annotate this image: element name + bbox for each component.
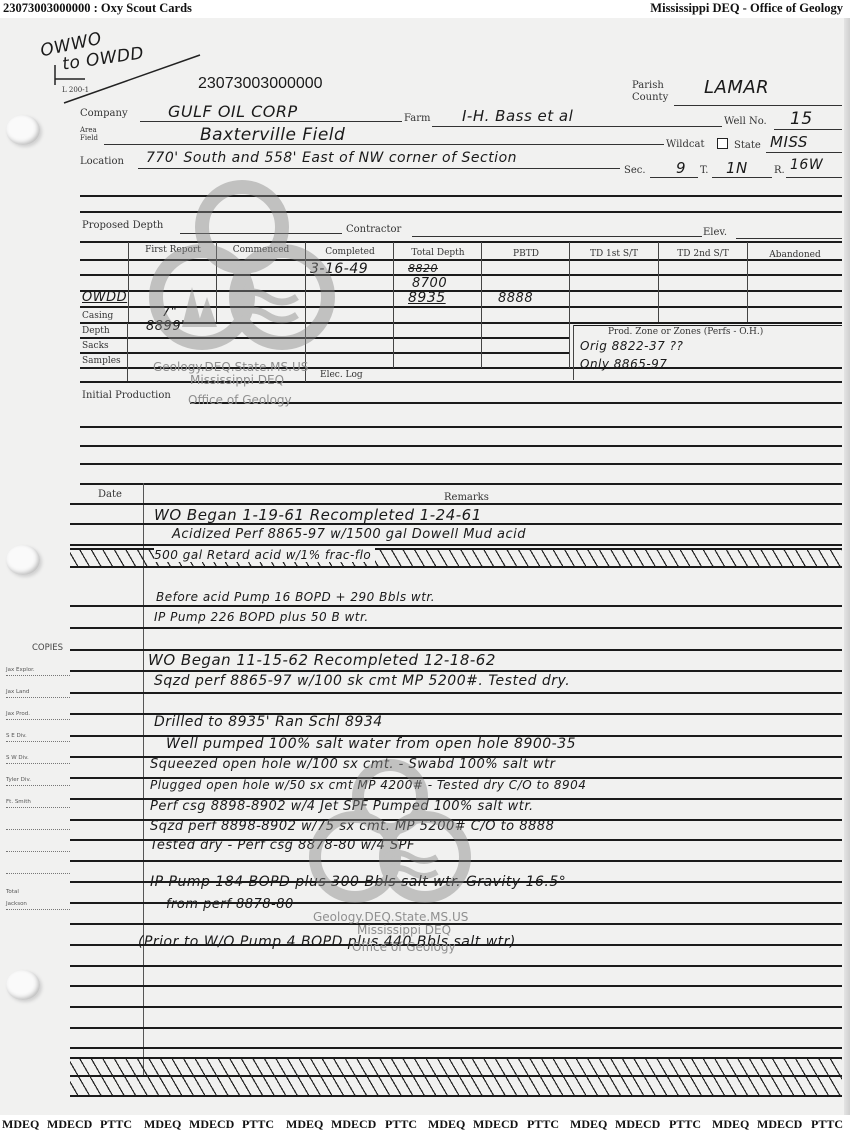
- company-underline: [140, 121, 402, 122]
- t-underline: [712, 177, 772, 178]
- footer-label: MDEQ: [2, 1117, 39, 1132]
- depth-value: 8899': [146, 319, 185, 334]
- remark-line: Well pumped 100% salt water from open ho…: [166, 736, 576, 752]
- elec-log-label: Elec. Log: [320, 370, 363, 380]
- copies-item: [6, 821, 70, 830]
- footer-label: MDEQ: [570, 1117, 607, 1132]
- total-depth-value-2: 8935: [408, 290, 446, 306]
- footer-label: PTTC: [811, 1117, 843, 1132]
- footer-label: MDECD: [473, 1117, 518, 1132]
- remark-line: from perf 8878-80: [166, 897, 294, 912]
- remark-line: Plugged open hole w/50 sx cmt MP 4200# -…: [150, 778, 586, 792]
- copies-title: COPIES: [32, 643, 63, 653]
- form-number: L 200-1: [62, 86, 89, 94]
- rule-line: [80, 445, 842, 447]
- col-total-depth: Total Depth: [394, 248, 482, 258]
- footer-label: MDECD: [189, 1117, 234, 1132]
- remark-line: IP Pump 226 BOPD plus 50 B wtr.: [154, 610, 369, 624]
- depth-label: Depth: [82, 326, 110, 336]
- rule-line: [80, 211, 842, 213]
- col-td-1st: TD 1st S/T: [570, 249, 658, 259]
- samples-label: Samples: [82, 356, 121, 366]
- rule-line: [80, 426, 842, 428]
- county-label: County: [632, 92, 668, 103]
- elev-label: Elev.: [703, 227, 727, 238]
- rule-line: [80, 483, 842, 485]
- remark-line: (Prior to W/O Pump 4 BOPD plus 440 Bbls …: [138, 934, 516, 950]
- r-label: R.: [774, 165, 785, 176]
- copies-item: Ft. Smith: [6, 799, 70, 808]
- farm-value: I-H. Bass et al: [462, 107, 573, 125]
- remark-line: Squeezed open hole w/100 sx cmt. - Swabd…: [150, 757, 555, 772]
- rule-line: [190, 402, 842, 404]
- footer-label: PTTC: [669, 1117, 701, 1132]
- watermark-line-3: Office of Geology: [188, 393, 292, 407]
- col-abandoned: Abandoned: [748, 250, 842, 260]
- document-title: 23073003000000 : Oxy Scout Cards: [3, 1, 192, 16]
- state-label: State: [734, 140, 761, 151]
- copies-item: S E Div.: [6, 733, 70, 742]
- remark-line: Tested dry - Perf csg 8878-80 w/4 SPF: [150, 838, 415, 853]
- remark-line: 500 gal Retard acid w/1% frac-flo: [154, 548, 375, 562]
- area-label: Area: [80, 126, 97, 134]
- pbtd-value: 8888: [498, 291, 533, 306]
- copies-item: [6, 843, 70, 852]
- contractor-label: Contractor: [346, 224, 401, 235]
- company-value: GULF OIL CORP: [168, 102, 298, 121]
- remark-line: WO Began 1-19-61 Recompleted 1-24-61: [154, 506, 482, 524]
- footer-label: MDEQ: [286, 1117, 323, 1132]
- remark-line: Acidized Perf 8865-97 w/1500 gal Dowell …: [172, 527, 526, 542]
- remark-line: WO Began 11-15-62 Recompleted 12-18-62: [148, 651, 496, 669]
- footer-label: MDEQ: [428, 1117, 465, 1132]
- sec-underline: [650, 177, 698, 178]
- copies-item: Jax Explor.: [6, 667, 70, 676]
- sec-label: Sec.: [624, 165, 646, 176]
- copies-item: Total: [6, 889, 70, 898]
- footer-label: MDECD: [757, 1117, 802, 1132]
- page-footer: MDEQ MDECD PTTC MDEQ MDECD PTTC MDEQ MDE…: [0, 1115, 850, 1133]
- remark-line: Sqzd perf 8865-97 w/100 sk cmt MP 5200#.…: [154, 673, 570, 689]
- footer-label: MDEQ: [712, 1117, 749, 1132]
- county-value: LAMAR: [704, 77, 769, 98]
- rule-line: [80, 463, 842, 465]
- page-header: 23073003000000 : Oxy Scout Cards Mississ…: [0, 0, 850, 18]
- well-no-value: 15: [790, 109, 813, 129]
- prod-zone-line-1: Orig 8822-37 ??: [580, 339, 683, 353]
- footer-label: PTTC: [242, 1117, 274, 1132]
- t-label: T.: [700, 165, 708, 176]
- well-no-underline: [774, 129, 842, 130]
- watermark-line-2: Mississippi DEQ: [190, 373, 284, 387]
- total-depth-struck: 8820: [408, 262, 438, 275]
- footer-label: MDECD: [47, 1117, 92, 1132]
- scout-card: OWWO to OWDD L 200-1 23073003000000 Pari…: [0, 17, 850, 1115]
- farm-underline: [432, 126, 722, 127]
- annotation-arrow-icon: [50, 37, 210, 107]
- footer-label: PTTC: [100, 1117, 132, 1132]
- remark-line: Before acid Pump 16 BOPD + 290 Bbls wtr.: [156, 590, 435, 604]
- sec-value: 9: [676, 159, 686, 177]
- proposed-depth-underline: [180, 233, 342, 234]
- location-value: 770' South and 558' East of NW corner of…: [146, 150, 517, 166]
- prod-zone-box-top: [574, 325, 842, 326]
- elev-underline: [736, 238, 842, 239]
- hatched-divider: [70, 1057, 842, 1077]
- punch-hole-icon: [6, 115, 40, 145]
- casing-value: 7": [162, 305, 177, 320]
- api-number: 23073003000000: [198, 75, 323, 93]
- county-underline: [674, 105, 842, 106]
- state-value: MISS: [770, 133, 808, 151]
- company-label: Company: [80, 108, 128, 119]
- wildcat-checkbox: [717, 138, 728, 149]
- footer-label: MDEQ: [144, 1117, 181, 1132]
- footer-label: MDECD: [331, 1117, 376, 1132]
- footer-label: PTTC: [385, 1117, 417, 1132]
- r-underline: [786, 177, 842, 178]
- hatched-divider: [70, 1077, 842, 1097]
- total-depth-value-1: 8700: [412, 276, 447, 291]
- remark-line: Sqzd perf 8898-8902 w/75 sx cmt. MP 5200…: [150, 819, 554, 834]
- col-first-report: First Report: [129, 245, 217, 255]
- state-underline: [766, 152, 842, 153]
- farm-label: Farm: [404, 113, 430, 124]
- prod-zone-label: Prod. Zone or Zones (Perfs - O.H.): [608, 327, 763, 337]
- copies-item: Jax Land: [6, 689, 70, 698]
- initial-production-label: Initial Production: [82, 390, 171, 401]
- field-value: Baxterville Field: [200, 125, 345, 145]
- field-label: Field: [80, 134, 98, 142]
- well-no-label: Well No.: [724, 116, 767, 127]
- r-value: 16W: [790, 157, 823, 173]
- copies-item: Jax Prod.: [6, 711, 70, 720]
- punch-hole-icon: [6, 970, 40, 1000]
- footer-label: PTTC: [527, 1117, 559, 1132]
- wildcat-label: Wildcat: [666, 139, 704, 150]
- footer-label: MDECD: [615, 1117, 660, 1132]
- owdd-label: OWDD: [82, 290, 127, 305]
- location-label: Location: [80, 156, 124, 167]
- field-underline: [104, 144, 664, 145]
- casing-label: Casing: [82, 311, 113, 321]
- remark-line: Drilled to 8935' Ran Schl 8934: [154, 714, 383, 730]
- date-column-label: Date: [98, 489, 122, 500]
- col-completed: Completed: [306, 247, 394, 257]
- remark-line: IP Pump 184 BOPD plus 300 Bbls salt wtr.…: [150, 874, 566, 890]
- location-underline: [138, 168, 620, 169]
- parish-label: Parish: [632, 80, 664, 91]
- agency-title: Mississippi DEQ - Office of Geology: [650, 1, 843, 16]
- copies-item: Tyler Div.: [6, 777, 70, 786]
- proposed-depth-label: Proposed Depth: [82, 220, 163, 231]
- t-value: 1N: [726, 159, 748, 177]
- col-pbtd: PBTD: [482, 249, 570, 259]
- remark-line: Perf csg 8898-8902 w/4 Jet SPF Pumped 10…: [150, 799, 534, 814]
- copies-item: [6, 865, 70, 874]
- watermark-line-1: Geology.DEQ.State.MS.US: [313, 910, 468, 924]
- col-td-2nd: TD 2nd S/T: [659, 249, 747, 259]
- copies-item: Jackson: [6, 901, 70, 910]
- sacks-label: Sacks: [82, 341, 109, 351]
- punch-hole-icon: [6, 545, 40, 575]
- rule-line: [80, 195, 842, 197]
- remarks-column-label: Remarks: [444, 492, 489, 503]
- copies-item: S W Div.: [6, 755, 70, 764]
- mdeq-watermark-logo-icon: [142, 177, 342, 387]
- prod-zone-line-2: Only 8865-97: [580, 357, 667, 371]
- col-commenced: Commenced: [217, 245, 305, 255]
- completed-date: 3-16-49: [310, 261, 368, 277]
- contractor-underline: [412, 236, 702, 237]
